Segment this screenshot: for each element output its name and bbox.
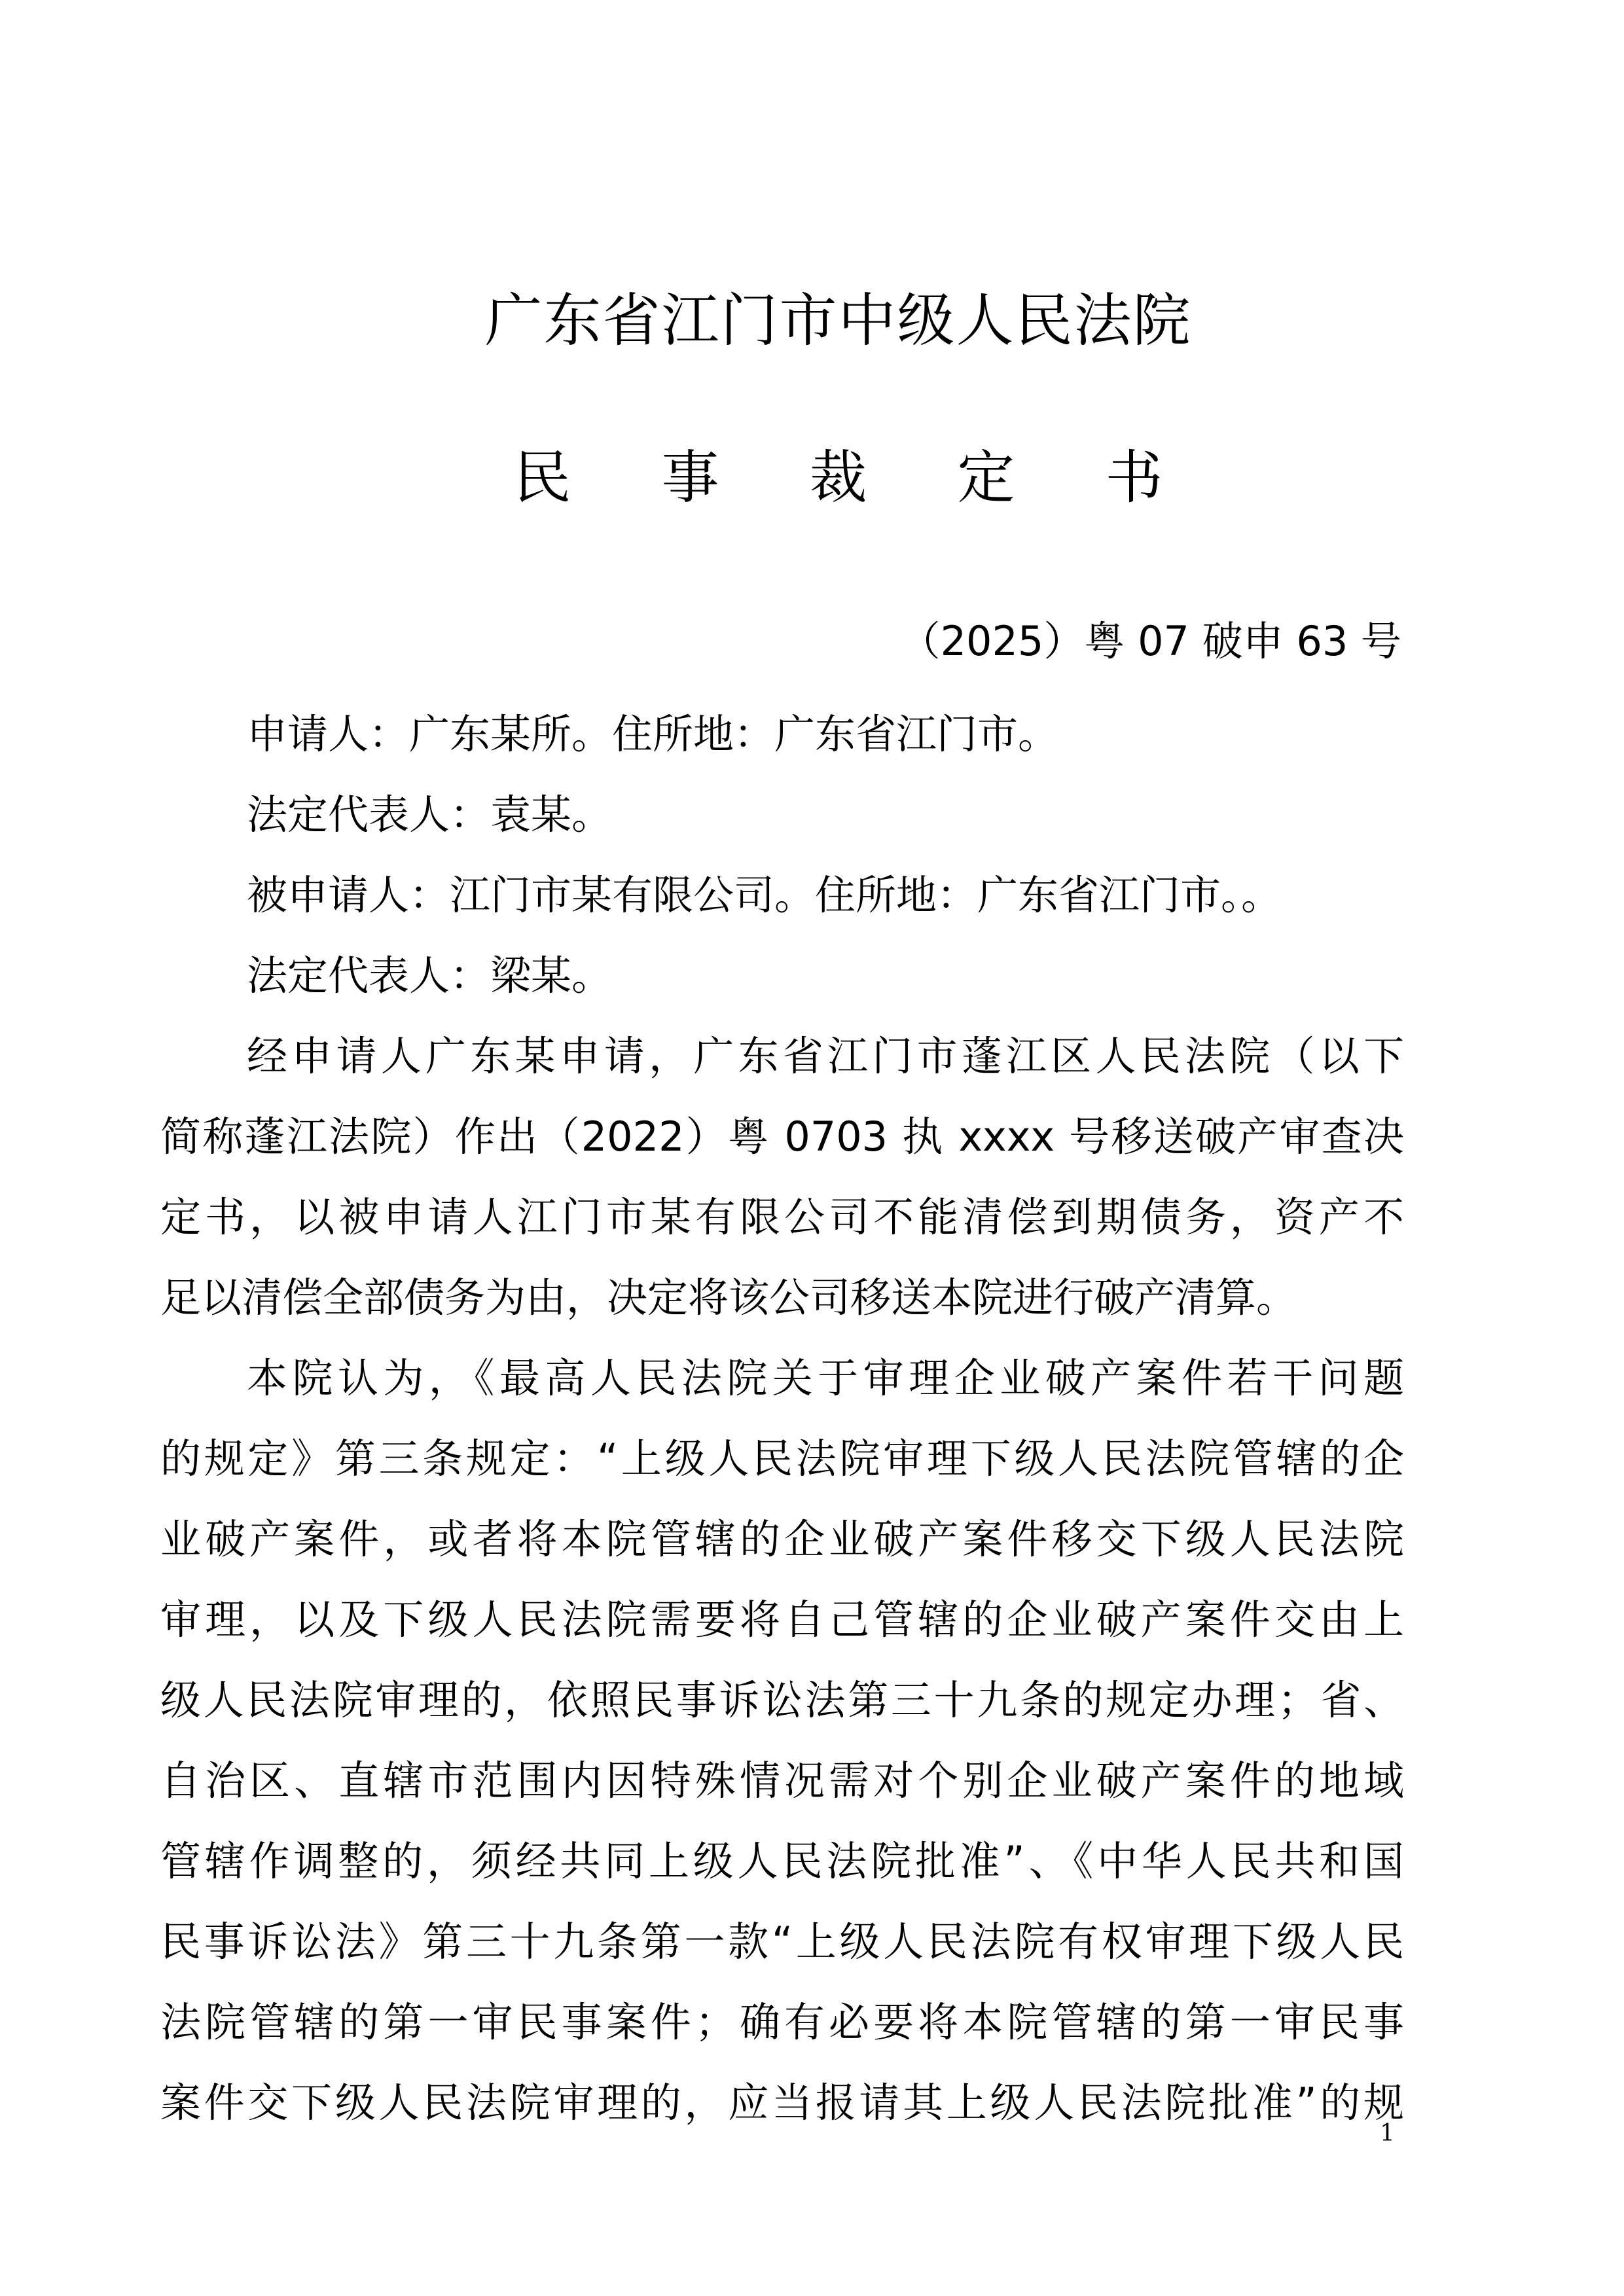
court-name-heading: 广东省江门市中级人民法院 [0, 288, 1624, 353]
page-number: 1 [1380, 2121, 1395, 2147]
case-number: （2025）粤 07 破申 63 号 [900, 615, 1401, 668]
paragraph-line: 自治区、直辖市范围内因特殊情况需对个别企业破产案件的地域 [160, 1740, 1404, 1821]
paragraph-line: 案件交下级人民法院审理的，应当报请其上级人民法院批准”的规 [160, 2062, 1404, 2143]
paragraph-line: 民事诉讼法》第三十九条第一款“上级人民法院有权审理下级人民 [160, 1901, 1404, 1982]
party-applicant-representative: 法定代表人：袁某。 [160, 774, 1404, 855]
paragraph-line: 审理，以及下级人民法院需要将自己管辖的企业破产案件交由上 [160, 1579, 1404, 1660]
paragraph-line: 简称蓬江法院）作出（2022）粤 0703 执 xxxx 号移送破产审查决 [160, 1096, 1404, 1177]
paragraph-line: 业破产案件，或者将本院管辖的企业破产案件移交下级人民法院 [160, 1499, 1404, 1579]
paragraph-line: 本院认为，《最高人民法院关于审理企业破产案件若干问题 [160, 1338, 1404, 1418]
party-applicant: 申请人：广东某所。住所地：广东省江门市。 [160, 694, 1404, 774]
paragraph-line: 经申请人广东某申请，广东省江门市蓬江区人民法院（以下 [160, 1016, 1404, 1096]
paragraph-line: 的规定》第三条规定：“上级人民法院审理下级人民法院管辖的企 [160, 1418, 1404, 1499]
document-type-title: 民 事 裁 定 书 [0, 445, 1624, 511]
paragraph-line: 法院管辖的第一审民事案件；确有必要将本院管辖的第一审民事 [160, 1982, 1404, 2062]
document-body: 申请人：广东某所。住所地：广东省江门市。 法定代表人：袁某。 被申请人：江门市某… [160, 694, 1404, 2143]
paragraph-line: 足以清偿全部债务为由，决定将该公司移送本院进行破产清算。 [160, 1257, 1404, 1338]
paragraph-line: 定书，以被申请人江门市某有限公司不能清偿到期债务，资产不 [160, 1177, 1404, 1257]
document-page: 广东省江门市中级人民法院 民 事 裁 定 书 （2025）粤 07 破申 63 … [0, 0, 1624, 2296]
party-respondent: 被申请人：江门市某有限公司。住所地：广东省江门市。。 [160, 855, 1404, 935]
paragraph-line: 级人民法院审理的，依照民事诉讼法第三十九条的规定办理；省、 [160, 1660, 1404, 1740]
party-respondent-representative: 法定代表人：梁某。 [160, 935, 1404, 1016]
paragraph-line: 管辖作调整的，须经共同上级人民法院批准”、《中华人民共和国 [160, 1821, 1404, 1901]
